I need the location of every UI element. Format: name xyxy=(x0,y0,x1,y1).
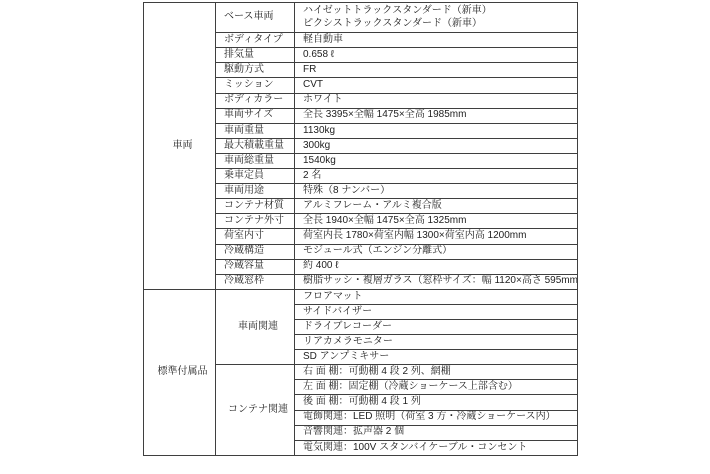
vehicle-spec-table: 車両 ベース車両 ハイゼットトラックスタンダード（新車） ピクシストラックスタン… xyxy=(143,2,578,456)
spec-value-line1: ハイゼットトラックスタンダード（新車） xyxy=(303,5,575,18)
spec-label: 車両重量 xyxy=(216,123,295,138)
spec-value: ホワイト xyxy=(295,93,578,108)
group-label-vehicle-related: 車両関連 xyxy=(216,289,295,364)
section-label-accessories: 標準付属品 xyxy=(144,289,216,455)
spec-label: 冷蔵窓枠 xyxy=(216,274,295,289)
spec-value-line2: ピクシストラックスタンダード（新車） xyxy=(303,18,575,31)
spec-value: 樹脂サッシ・複層ガラス（窓枠サイズ：幅 1120×高さ 595mm） xyxy=(295,274,578,289)
accessory-item: 後 面 棚：可動棚 4 段 1 列 xyxy=(295,395,578,410)
spec-label: ベース車両 xyxy=(216,3,295,33)
page-background: 車両 ベース車両 ハイゼットトラックスタンダード（新車） ピクシストラックスタン… xyxy=(0,0,710,474)
section-label-vehicle: 車両 xyxy=(144,3,216,290)
spec-value: 特殊（8 ナンバー） xyxy=(295,184,578,199)
spec-value: 1540kg xyxy=(295,153,578,168)
spec-label: 車両サイズ xyxy=(216,108,295,123)
spec-label: ミッション xyxy=(216,78,295,93)
spec-label: ボディカラー xyxy=(216,93,295,108)
spec-value: 軽自動車 xyxy=(295,33,578,48)
accessory-item: サイドバイザー xyxy=(295,304,578,319)
spec-value: 2 名 xyxy=(295,169,578,184)
table-row: 車両 ベース車両 ハイゼットトラックスタンダード（新車） ピクシストラックスタン… xyxy=(144,3,578,33)
spec-value: モジュール式（エンジン分離式） xyxy=(295,244,578,259)
spec-value: 荷室内長 1780×荷室内幅 1300×荷室内高 1200mm xyxy=(295,229,578,244)
accessory-item: 電気関連：100V スタンバイケーブル・コンセント xyxy=(295,440,578,455)
spec-value: 1130kg xyxy=(295,123,578,138)
accessory-item: ドライブレコーダー xyxy=(295,319,578,334)
spec-value: ハイゼットトラックスタンダード（新車） ピクシストラックスタンダード（新車） xyxy=(295,3,578,33)
table-row: 標準付属品 車両関連 フロアマット xyxy=(144,289,578,304)
accessory-item: フロアマット xyxy=(295,289,578,304)
spec-label: 荷室内寸 xyxy=(216,229,295,244)
spec-value: 約 400 ℓ xyxy=(295,259,578,274)
group-label-container-related: コンテナ関連 xyxy=(216,365,295,456)
spec-value: 300kg xyxy=(295,138,578,153)
accessory-item: 音響関連：拡声器 2 個 xyxy=(295,425,578,440)
spec-value: CVT xyxy=(295,78,578,93)
spec-label: 排気量 xyxy=(216,48,295,63)
accessory-item: 右 面 棚：可動棚 4 段 2 列、網棚 xyxy=(295,365,578,380)
spec-value: 0.658 ℓ xyxy=(295,48,578,63)
spec-label: コンテナ外寸 xyxy=(216,214,295,229)
accessory-item: 電飾関連：LED 照明（荷室 3 方・冷蔵ショーケース内） xyxy=(295,410,578,425)
spec-label: 駆動方式 xyxy=(216,63,295,78)
spec-label: 乗車定員 xyxy=(216,169,295,184)
spec-label: 冷蔵構造 xyxy=(216,244,295,259)
spec-label: コンテナ材質 xyxy=(216,199,295,214)
accessory-item: SD アンプミキサー xyxy=(295,350,578,365)
accessory-item: 左 面 棚：固定棚（冷蔵ショーケース上部含む） xyxy=(295,380,578,395)
spec-value: 全長 3395×全幅 1475×全高 1985mm xyxy=(295,108,578,123)
spec-label: 車両総重量 xyxy=(216,153,295,168)
accessory-item: リアカメラモニター xyxy=(295,335,578,350)
spec-label: 車両用途 xyxy=(216,184,295,199)
spec-value: アルミフレーム・アルミ複合版 xyxy=(295,199,578,214)
spec-value: FR xyxy=(295,63,578,78)
spec-label: 冷蔵容量 xyxy=(216,259,295,274)
spec-label: 最大積載重量 xyxy=(216,138,295,153)
spec-value: 全長 1940×全幅 1475×全高 1325mm xyxy=(295,214,578,229)
spec-label: ボディタイプ xyxy=(216,33,295,48)
